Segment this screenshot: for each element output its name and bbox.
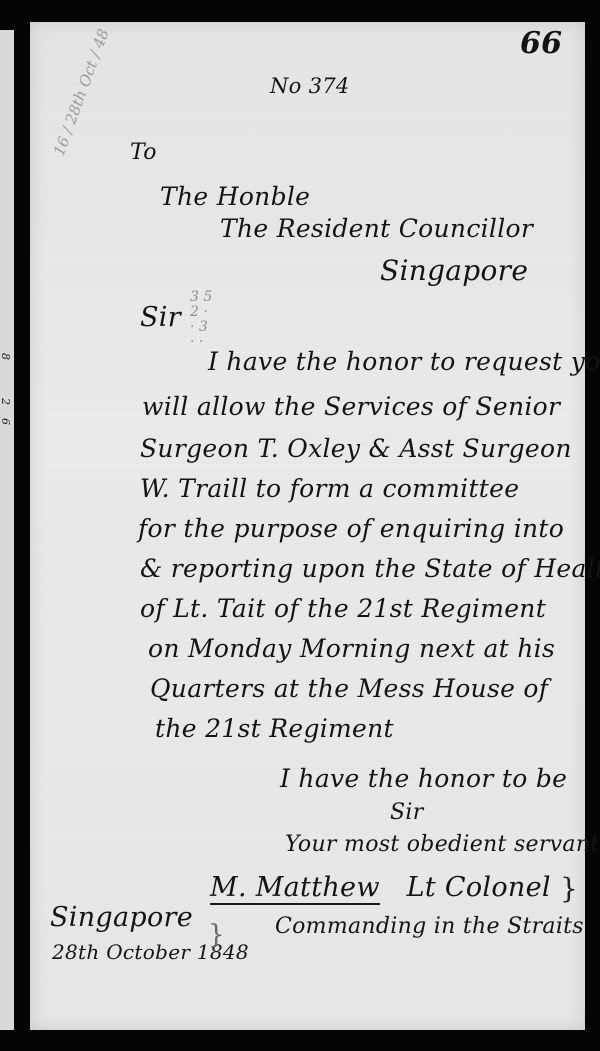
address-place: Singapore [380, 254, 528, 287]
salutation: Sir [140, 302, 181, 333]
folio-number: 66 [520, 26, 562, 61]
body-line-6: & reporting upon the State of Health [140, 554, 600, 583]
dateline-place: Singapore [50, 902, 193, 933]
body-line-10: the 21st Regiment [155, 714, 394, 743]
body-line-1: I have the honor to request you [208, 347, 600, 376]
strip-mark: 2 [0, 398, 12, 405]
date-flourish-icon: } [208, 920, 225, 950]
body-line-5: for the purpose of enquiring into [138, 514, 564, 543]
faint-stamp-mark: 3 52 ·· 3· · [190, 290, 212, 350]
body-line-2: will allow the Services of Senior [142, 392, 560, 421]
body-line-8: on Monday Morning next at his [148, 634, 555, 663]
body-line-3: Surgeon T. Oxley & Asst Surgeon [140, 434, 572, 463]
body-line-7: of Lt. Tait of the 21st Regiment [140, 594, 546, 623]
signature-name-text: M. Matthew [210, 872, 380, 905]
closing-line-3: Your most obedient servant [285, 832, 599, 857]
closing-line-2: Sir [390, 800, 424, 825]
signature-name: M. Matthew Lt Colonel [210, 872, 551, 903]
pencil-marginal-note: 16 / 28th Oct / 48 [50, 26, 113, 158]
adjacent-page-strip: 8 2 6 [0, 30, 14, 1030]
signature-rank: Lt Colonel [407, 872, 551, 903]
reference-number: No 374 [270, 74, 350, 98]
body-line-9: Quarters at the Mess House of [150, 674, 548, 703]
letter-page: 16 / 28th Oct / 48 66 No 374 To The Honb… [30, 22, 585, 1030]
body-line-4: W. Traill to form a committee [140, 474, 519, 503]
address-title: The Resident Councillor [220, 214, 533, 243]
signature-flourish-icon: } [560, 872, 578, 905]
closing-line-1: I have the honor to be [280, 764, 567, 793]
address-honorific: The Honble [160, 182, 310, 211]
strip-mark: 8 [0, 353, 12, 360]
strip-mark: 6 [0, 418, 12, 425]
signature-position: Commanding in the Straits [275, 914, 584, 939]
address-to: To [130, 140, 157, 165]
